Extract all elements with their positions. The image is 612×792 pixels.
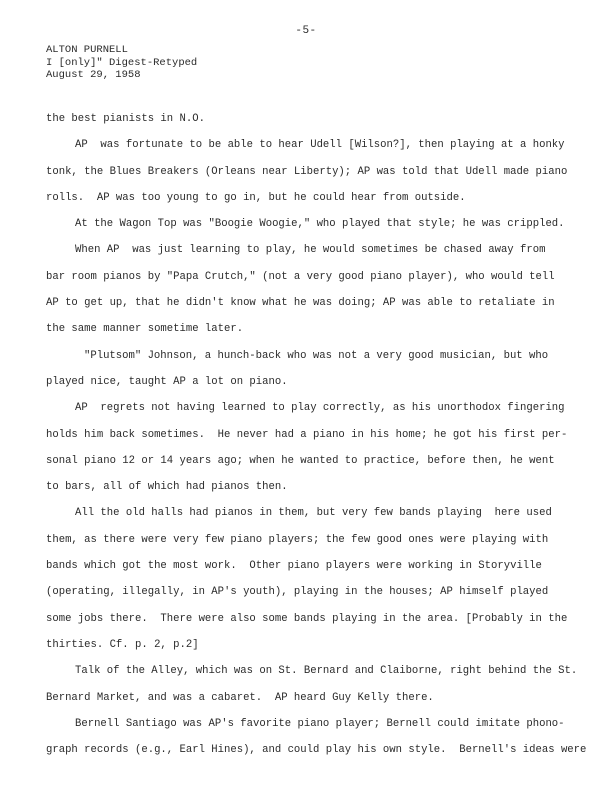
page-number: -5- xyxy=(0,25,612,37)
text-line: the same manner sometime later. xyxy=(46,316,586,342)
text-line: played nice, taught AP a lot on piano. xyxy=(46,369,586,395)
text-line: to bars, all of which had pianos then. xyxy=(46,474,586,500)
text-line: All the old halls had pianos in them, bu… xyxy=(46,500,586,526)
text-line: holds him back sometimes. He never had a… xyxy=(46,422,586,448)
text-line: (operating, illegally, in AP's youth), p… xyxy=(46,579,586,605)
text-line: AP regrets not having learned to play co… xyxy=(46,395,586,421)
text-line: bands which got the most work. Other pia… xyxy=(46,553,586,579)
text-line: Talk of the Alley, which was on St. Bern… xyxy=(46,658,586,684)
text-line: When AP was just learning to play, he wo… xyxy=(46,237,586,263)
text-line: some jobs there. There were also some ba… xyxy=(46,606,586,632)
reel-note: I [only]" Digest-Retyped xyxy=(46,57,197,70)
text-line: Bernell Santiago was AP's favorite piano… xyxy=(46,711,586,737)
text-line: the best pianists in N.O. xyxy=(46,106,586,132)
text-line: At the Wagon Top was "Boogie Woogie," wh… xyxy=(46,211,586,237)
document-header: ALTON PURNELL I [only]" Digest-Retyped A… xyxy=(46,44,197,82)
interviewee-name: ALTON PURNELL xyxy=(46,44,197,57)
document-body: the best pianists in N.O.AP was fortunat… xyxy=(46,106,586,763)
text-line: Bernard Market, and was a cabaret. AP he… xyxy=(46,685,586,711)
text-line: AP was fortunate to be able to hear Udel… xyxy=(46,132,586,158)
text-line: "Plutsom" Johnson, a hunch-back who was … xyxy=(46,343,586,369)
interview-date: August 29, 1958 xyxy=(46,69,197,82)
text-line: sonal piano 12 or 14 years ago; when he … xyxy=(46,448,586,474)
text-line: bar room pianos by "Papa Crutch," (not a… xyxy=(46,264,586,290)
text-line: graph records (e.g., Earl Hines), and co… xyxy=(46,737,586,763)
text-line: rolls. AP was too young to go in, but he… xyxy=(46,185,586,211)
text-line: them, as there were very few piano playe… xyxy=(46,527,586,553)
text-line: AP to get up, that he didn't know what h… xyxy=(46,290,586,316)
text-line: tonk, the Blues Breakers (Orleans near L… xyxy=(46,159,586,185)
text-line: thirties. Cf. p. 2, p.2] xyxy=(46,632,586,658)
